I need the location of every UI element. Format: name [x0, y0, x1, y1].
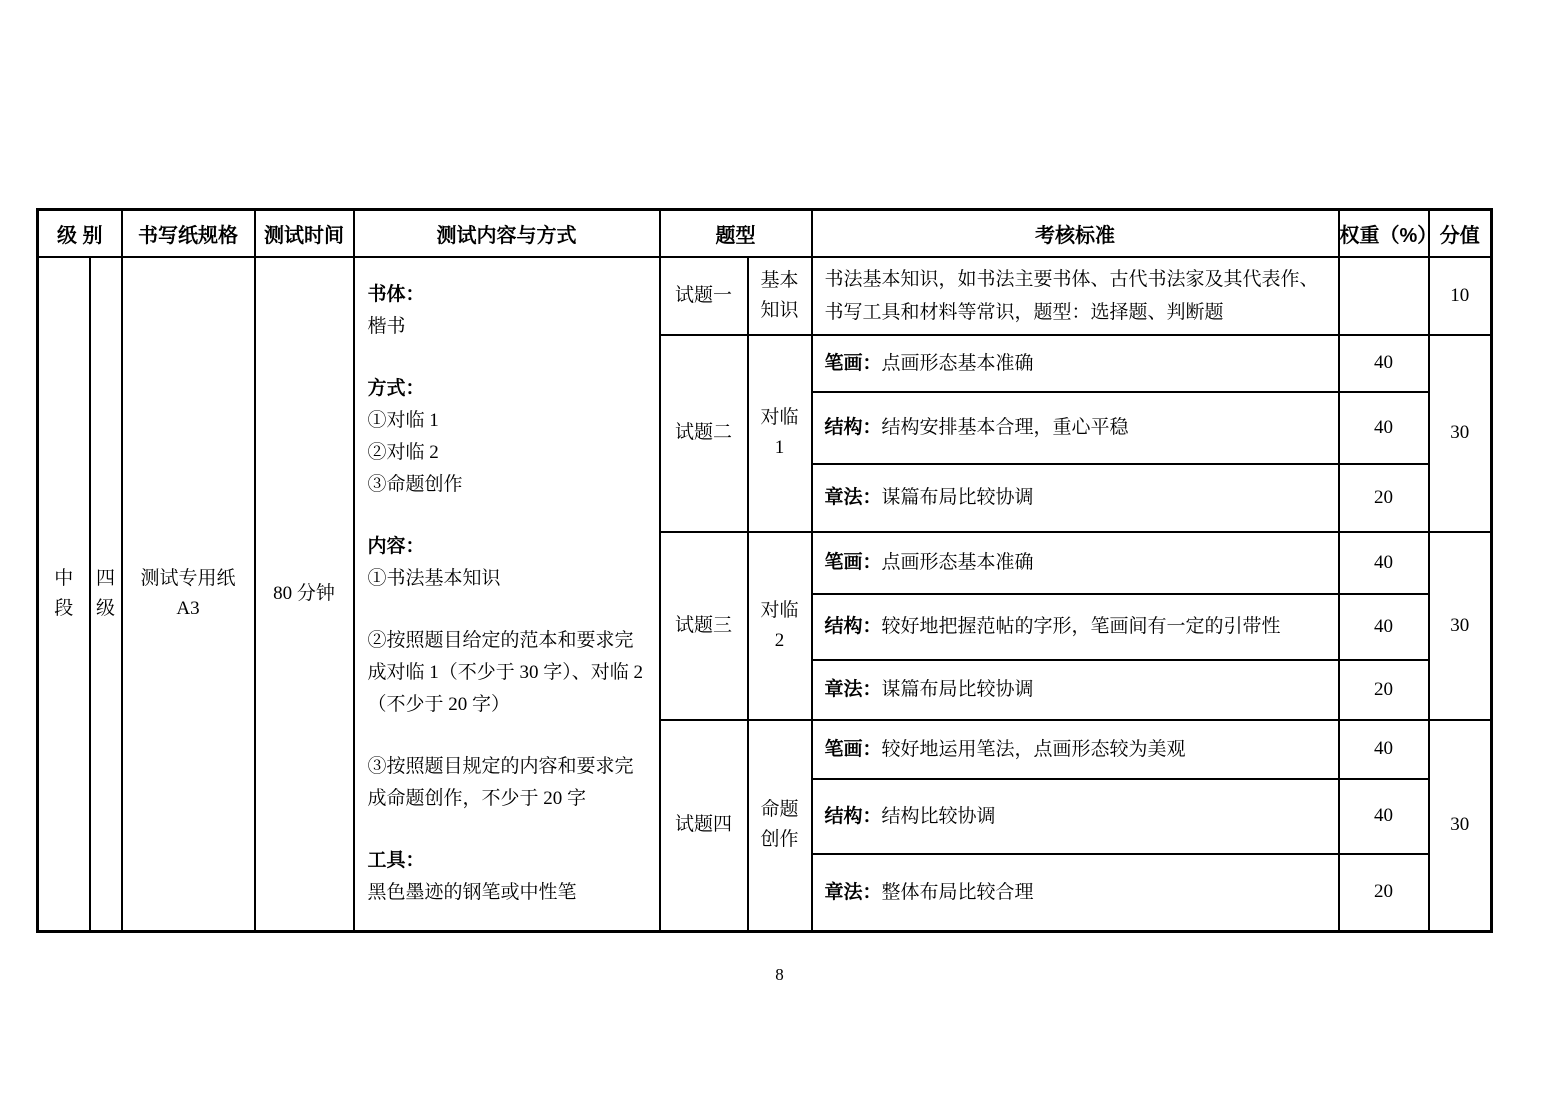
criteria-prefix: 结构：: [825, 806, 882, 827]
content-paragraph: ①书法基本知识: [368, 563, 647, 595]
content-section-method: 方式： ①对临 1 ②对临 2 ③命题创作: [368, 373, 647, 501]
weight-value: 40: [1339, 392, 1429, 464]
criteria-text: 较好地运用笔法，点画形态较为美观: [882, 739, 1186, 760]
weight-value: [1339, 257, 1429, 335]
score-value: 30: [1429, 720, 1492, 932]
question-subtype: 基本 知识: [748, 257, 812, 335]
criteria-text: 点画形态基本准确: [882, 552, 1034, 573]
criteria-prefix: 结构：: [825, 417, 882, 438]
criteria-prefix: 章法：: [825, 487, 882, 508]
criteria-text: 谋篇布局比较协调: [882, 487, 1034, 508]
criteria-text: 结构安排基本合理，重心平稳: [882, 417, 1129, 438]
content-section-content: 内容： ①书法基本知识 ②按照题目给定的范本和要求完成对临 1（不少于 30 字…: [368, 531, 647, 815]
weight-value: 40: [1339, 720, 1429, 779]
cell-test-content: 书体： 楷书 方式： ①对临 1 ②对临 2 ③命题创作 内容： ①书法基本知识…: [354, 257, 660, 932]
weight-value: 20: [1339, 854, 1429, 932]
header-criteria: 考核标准: [812, 210, 1339, 257]
criteria-prefix: 笔画：: [825, 353, 882, 374]
criteria-text: 整体布局比较合理: [882, 882, 1034, 903]
content-paragraph: 黑色墨迹的钢笔或中性笔: [368, 877, 647, 909]
header-weight: 权重（%）: [1339, 210, 1429, 257]
criteria-cell: 章法：谋篇布局比较协调: [812, 464, 1339, 532]
question-subtype: 对临 1: [748, 335, 812, 532]
criteria-prefix: 章法：: [825, 882, 882, 903]
content-label: 书体：: [368, 279, 647, 311]
criteria-cell: 章法：谋篇布局比较协调: [812, 660, 1339, 720]
criteria-cell: 章法：整体布局比较合理: [812, 854, 1339, 932]
header-paper-spec: 书写纸规格: [122, 210, 255, 257]
criteria-text: 点画形态基本准确: [882, 353, 1034, 374]
table-row: 中 段 四 级 测试专用纸 A3 80 分钟 书体： 楷书 方式： ①对临 1 …: [38, 257, 1492, 335]
cell-grade: 四 级: [90, 257, 122, 932]
criteria-prefix: 结构：: [825, 616, 882, 637]
cell-test-time: 80 分钟: [255, 257, 354, 932]
weight-value: 40: [1339, 779, 1429, 854]
criteria-text: 结构比较协调: [882, 806, 996, 827]
content-paragraph: 楷书: [368, 311, 647, 343]
content-section-style: 书体： 楷书: [368, 279, 647, 343]
question-subtype: 对临 2: [748, 532, 812, 720]
criteria-cell: 笔画：较好地运用笔法，点画形态较为美观: [812, 720, 1339, 779]
cell-stage: 中 段: [38, 257, 90, 932]
score-value: 10: [1429, 257, 1492, 335]
criteria-text: 谋篇布局比较协调: [882, 679, 1034, 700]
header-test-time: 测试时间: [255, 210, 354, 257]
score-value: 30: [1429, 335, 1492, 532]
criteria-text: 较好地把握范帖的字形，笔画间有一定的引带性: [882, 616, 1281, 637]
score-value: 30: [1429, 532, 1492, 720]
content-section-tools: 工具： 黑色墨迹的钢笔或中性笔: [368, 845, 647, 909]
criteria-prefix: 笔画：: [825, 552, 882, 573]
criteria-cell: 笔画：点画形态基本准确: [812, 335, 1339, 392]
weight-value: 20: [1339, 464, 1429, 532]
criteria-prefix: 章法：: [825, 679, 882, 700]
criteria-cell: 结构：结构比较协调: [812, 779, 1339, 854]
table-header-row: 级 别 书写纸规格 测试时间 测试内容与方式 题型 考核标准 权重（%） 分值: [38, 210, 1492, 257]
grade-requirements-table: 级 别 书写纸规格 测试时间 测试内容与方式 题型 考核标准 权重（%） 分值 …: [36, 208, 1493, 933]
criteria-cell: 结构：结构安排基本合理，重心平稳: [812, 392, 1339, 464]
criteria-cell: 书法基本知识，如书法主要书体、古代书法家及其代表作、书写工具和材料等常识，题型：…: [812, 257, 1339, 335]
content-paragraph: ③按照题目规定的内容和要求完成命题创作，不少于 20 字: [368, 751, 647, 815]
content-label: 方式：: [368, 373, 647, 405]
content-label: 内容：: [368, 531, 647, 563]
header-question-type: 题型: [660, 210, 812, 257]
question-name: 试题一: [660, 257, 748, 335]
question-subtype: 命题 创作: [748, 720, 812, 932]
criteria-prefix: 笔画：: [825, 739, 882, 760]
question-name: 试题四: [660, 720, 748, 932]
content-label: 工具：: [368, 845, 647, 877]
question-name: 试题三: [660, 532, 748, 720]
cell-paper-spec: 测试专用纸 A3: [122, 257, 255, 932]
weight-value: 40: [1339, 335, 1429, 392]
weight-value: 40: [1339, 532, 1429, 594]
weight-value: 20: [1339, 660, 1429, 720]
content-paragraph: ①对临 1 ②对临 2 ③命题创作: [368, 405, 647, 501]
header-level: 级 别: [38, 210, 122, 257]
question-name: 试题二: [660, 335, 748, 532]
page-number: 8: [0, 965, 1559, 985]
header-score: 分值: [1429, 210, 1492, 257]
content-paragraph: ②按照题目给定的范本和要求完成对临 1（不少于 30 字）、对临 2（不少于 2…: [368, 625, 647, 721]
criteria-cell: 结构：较好地把握范帖的字形，笔画间有一定的引带性: [812, 594, 1339, 660]
document-page: 级 别 书写纸规格 测试时间 测试内容与方式 题型 考核标准 权重（%） 分值 …: [0, 0, 1559, 1102]
weight-value: 40: [1339, 594, 1429, 660]
criteria-cell: 笔画：点画形态基本准确: [812, 532, 1339, 594]
criteria-text: 书法基本知识，如书法主要书体、古代书法家及其代表作、书写工具和材料等常识，题型：…: [825, 269, 1319, 323]
header-test-content: 测试内容与方式: [354, 210, 660, 257]
